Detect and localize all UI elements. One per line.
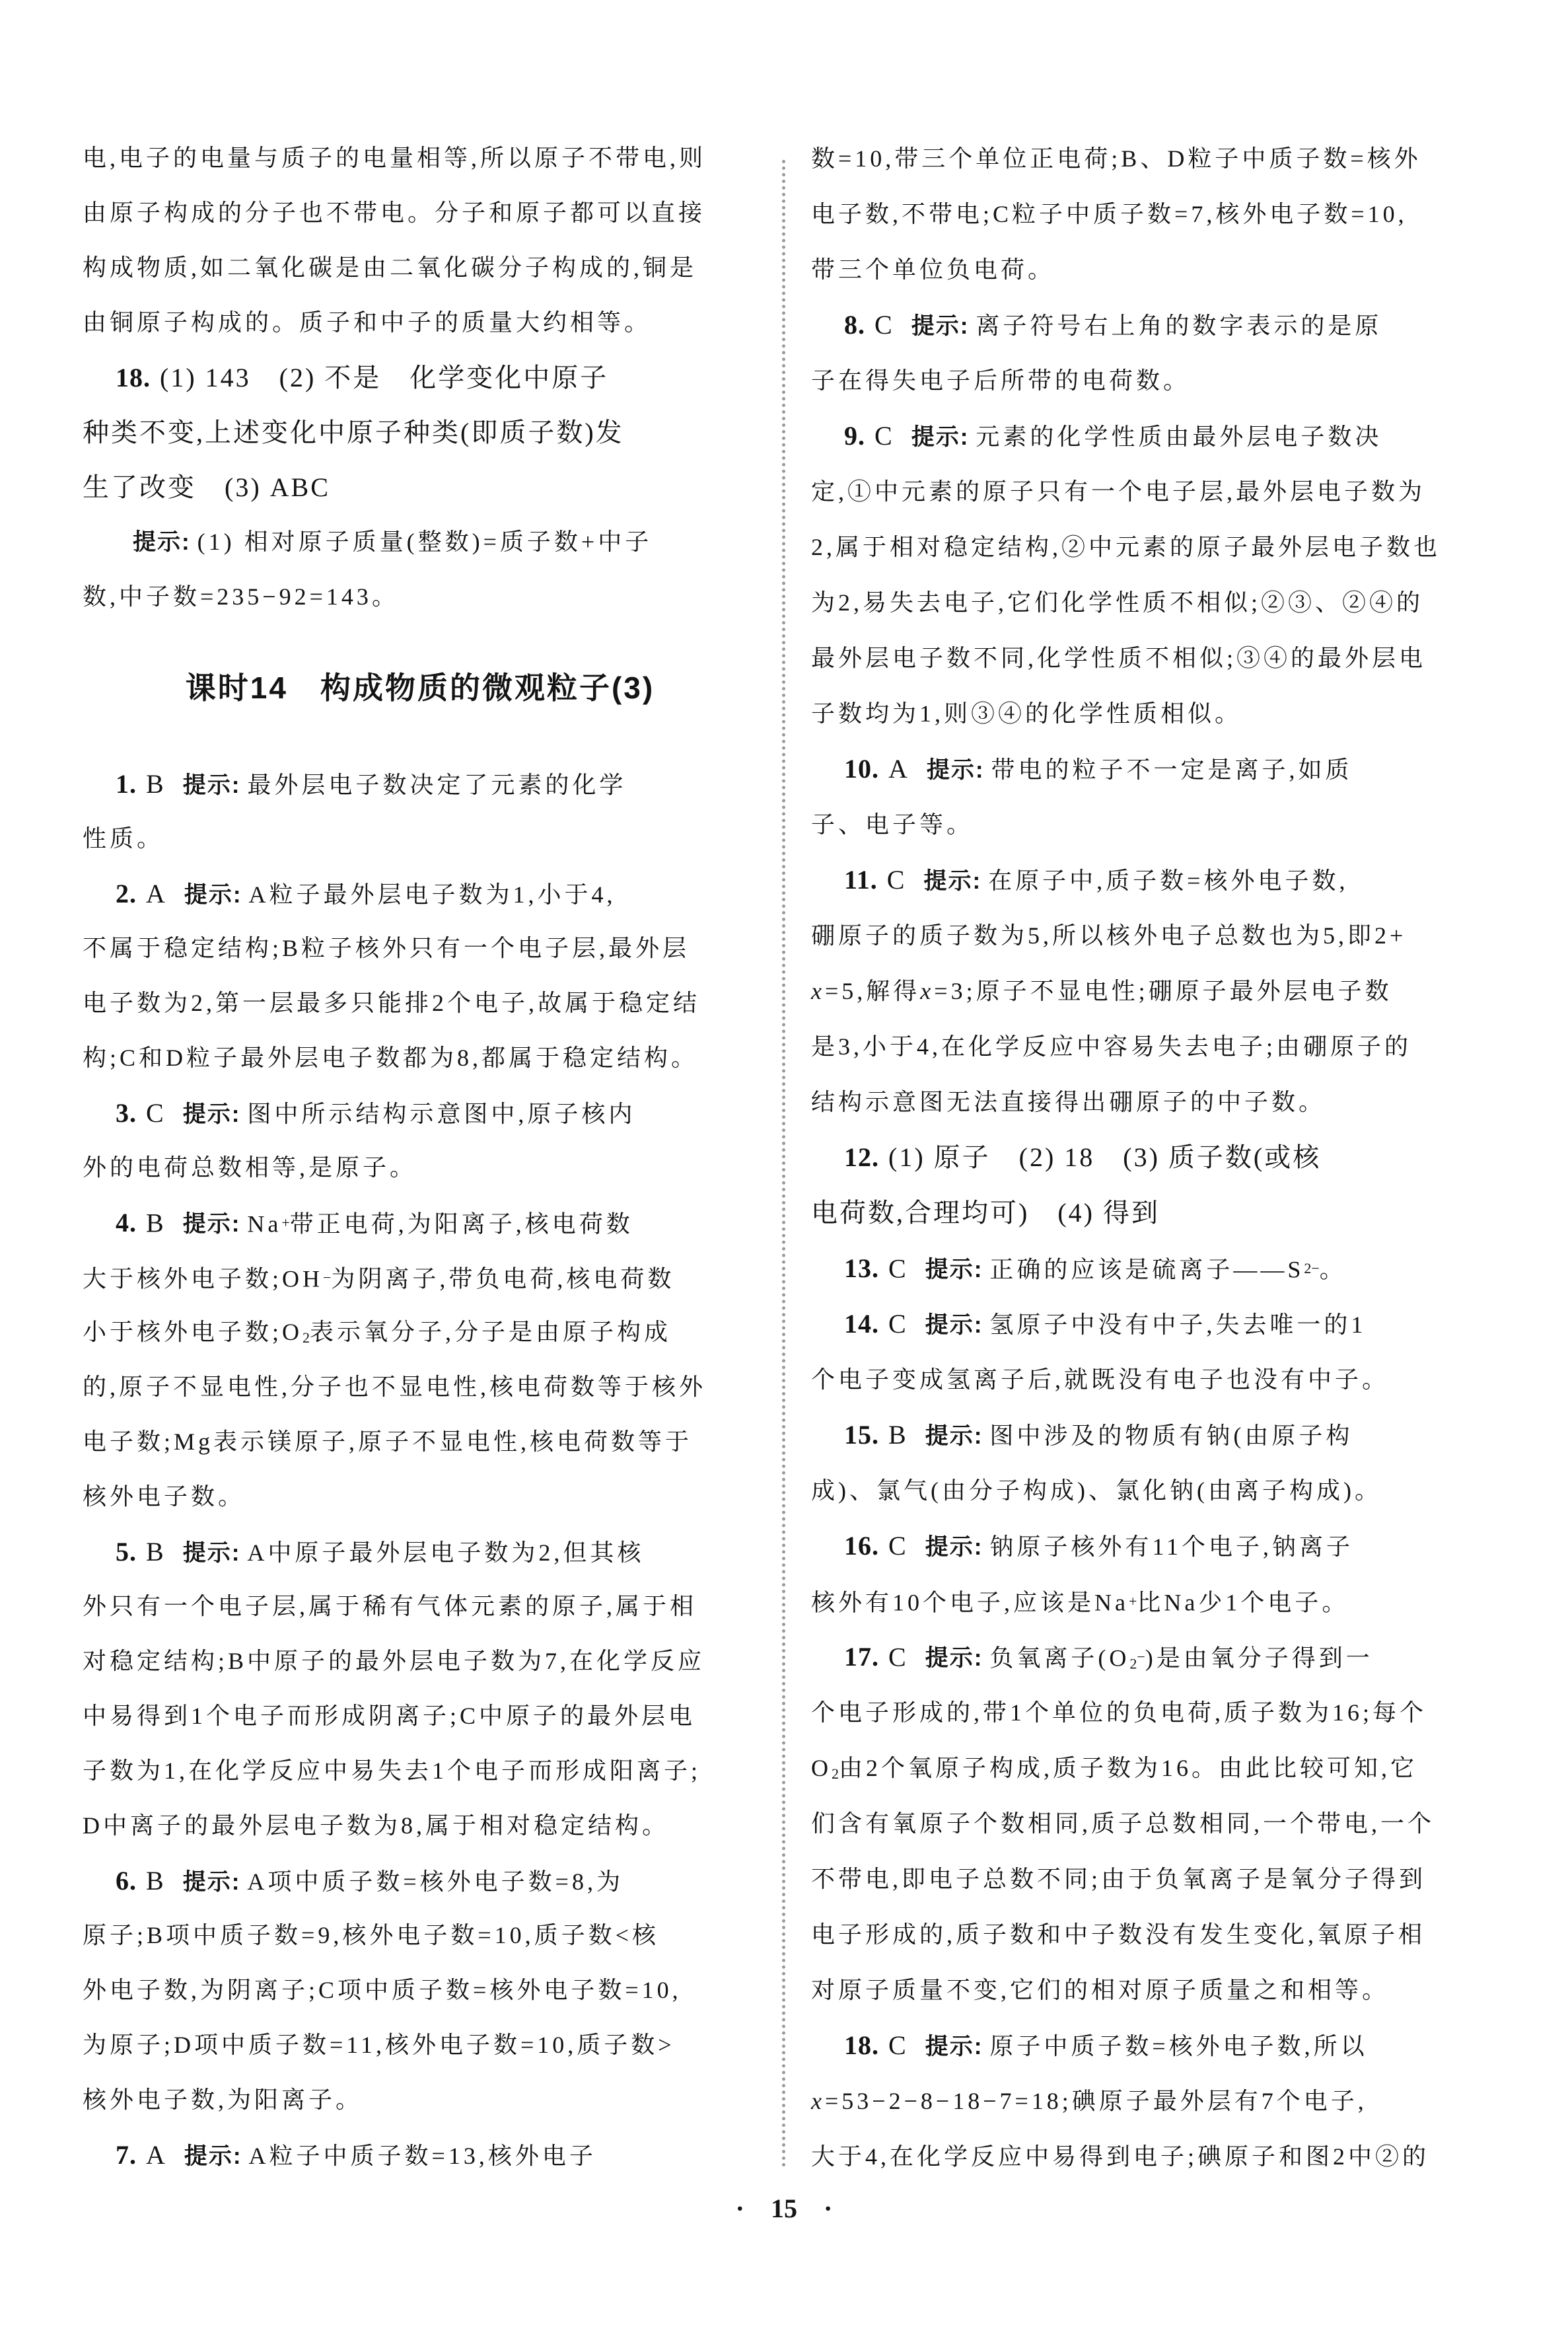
text-line: 定,①中元素的原子只有一个电子层,最外层电子数为	[811, 464, 1491, 519]
hint-text: 不带电,即电子总数不同;由于负氧离子是氧分子得到	[811, 1866, 1426, 1892]
hint-text: 构;C和D粒子最外层电子数都为8,都属于稳定结构。	[83, 1045, 698, 1071]
text-line: 电荷数,合理均可) (4) 得到	[811, 1185, 1491, 1241]
text-line: 6.B提示:A项中质子数=核外电子数=8,为	[83, 1853, 758, 1908]
text-line: 对稳定结构;B中原子的最外层电子数为7,在化学反应	[83, 1634, 758, 1689]
hint-text: 电子数为2,第一层最多只能排2个电子,故属于稳定结	[83, 990, 700, 1016]
answer-text: C	[146, 1098, 166, 1128]
text-line: 数=10,带三个单位正电荷;B、D粒子中质子数=核外	[811, 131, 1491, 186]
answer-number: 16.	[844, 1531, 879, 1561]
text-line: 不带电,即电子总数不同;由于负氧离子是氧分子得到	[811, 1851, 1491, 1907]
text-line: 大于核外电子数;OH−为阴离子,带负电荷,核电荷数	[83, 1250, 758, 1305]
hint-text: 外的电荷总数相等,是原子。	[83, 1154, 417, 1181]
answer-text: B	[146, 1208, 166, 1237]
text-line: 是3,小于4,在化学反应中容易失去电子;由硼原子的	[811, 1019, 1491, 1074]
answer-text: B	[888, 1420, 908, 1450]
text-line: 最外层电子数不同,化学性质不相似;③④的最外层电	[811, 630, 1491, 686]
answer-number: 18.	[844, 2030, 879, 2060]
text-line: 性质。	[83, 811, 758, 866]
hint-label: 提示:	[925, 1423, 983, 1449]
text-line: D中离子的最外层电子数为8,属于相对稳定结构。	[83, 1798, 758, 1853]
hint-text: 原子中质子数=核外电子数,所以	[989, 2033, 1367, 2059]
hint-text: 图中所示结构示意图中,原子核内	[247, 1101, 635, 1127]
heading-text: 课时14 构成物质的微观粒子(3)	[186, 671, 655, 705]
hint-label: 提示:	[925, 1312, 983, 1338]
hint-label: 提示:	[183, 772, 241, 798]
text-line: O2由2个氧原子构成,质子数为16。由此比较可知,它	[811, 1740, 1491, 1796]
hint-text-italic: x	[811, 2088, 825, 2114]
hint-text: 大于核外电子数;OH	[83, 1265, 323, 1292]
hint-text: A粒子中质子数=13,核外电子	[249, 2143, 596, 2169]
answer-text: C	[874, 421, 894, 451]
footer-dot-left: ·	[736, 2194, 744, 2223]
answer-text: B	[146, 1537, 166, 1567]
text-line: 12.(1) 原子 (2) 18 (3) 质子数(或核	[811, 1130, 1491, 1185]
answer-text: C	[888, 1309, 908, 1339]
answer-number: 8.	[844, 310, 865, 340]
hint-text: 图中涉及的物质有钠(由原子构	[989, 1422, 1353, 1449]
hint-text: A项中质子数=核外电子数=8,为	[247, 1868, 624, 1895]
text-line: 核外电子数。	[83, 1469, 758, 1524]
hint-text: 离子符号右上角的数字表示的是原	[976, 313, 1382, 339]
text-line: 小于核外电子数;O2表示氧分子,分子是由原子构成	[83, 1305, 758, 1360]
text-line: 10.A提示:带电的粒子不一定是离子,如质	[811, 741, 1491, 797]
text-line: 为原子;D项中质子数=11,核外电子数=10,质子数>	[83, 2018, 758, 2073]
text-line: 为2,易失去电子,它们化学性质不相似;②③、②④的	[811, 575, 1491, 630]
hint-text: 子数均为1,则③④的化学性质相似。	[811, 700, 1242, 727]
answer-text: B	[146, 769, 166, 799]
hint-text: 构成物质,如二氧化碳是由二氧化碳分子构成的,铜是	[83, 254, 697, 281]
text-line: 原子;B项中质子数=9,核外电子数=10,质子数<核	[83, 1908, 758, 1963]
text-line: 2.A提示:A粒子最外层电子数为1,小于4,	[83, 866, 758, 921]
text-line: 子数均为1,则③④的化学性质相似。	[811, 686, 1491, 741]
text-line: 构成物质,如二氧化碳是由二氧化碳分子构成的,铜是	[83, 240, 758, 295]
hint-text: 是3,小于4,在化学反应中容易失去电子;由硼原子的	[811, 1033, 1411, 1060]
text-line: 由原子构成的分子也不带电。分子和原子都可以直接	[83, 186, 758, 240]
hint-text: 带电的粒子不一定是离子,如质	[991, 757, 1353, 783]
answer-text: A	[146, 2140, 167, 2170]
hint-text: 原子;B项中质子数=9,核外电子数=10,质子数<核	[83, 1922, 659, 1948]
text-line: 4.B提示:Na+带正电荷,为阳离子,核电荷数	[83, 1195, 758, 1250]
hint-text: A中原子最外层电子数为2,但其核	[247, 1539, 644, 1566]
footer-dot-right: ·	[824, 2194, 832, 2223]
hint-text: 个电子变成氢离子后,就既没有电子也没有中子。	[811, 1366, 1389, 1393]
hint-text: 核外电子数。	[83, 1483, 245, 1510]
hint-text: 不属于稳定结构;B粒子核外只有一个电子层,最外层	[83, 935, 690, 961]
text-line: x=53−2−8−18−7=18;碘原子最外层有7个电子,	[811, 2073, 1491, 2129]
text-line: 子、电子等。	[811, 797, 1491, 852]
text-line: 数,中子数=235−92=143。	[83, 570, 758, 624]
text-line: 子在得失电子后所带的电荷数。	[811, 353, 1491, 408]
text-line: 成)、氯气(由分子构成)、氯化钠(由离子构成)。	[811, 1463, 1491, 1518]
text-line: 子数为1,在化学反应中易失去1个电子而形成阳离子;	[83, 1744, 758, 1798]
hint-label: 提示:	[183, 1101, 241, 1127]
text-line: 提示:(1) 相对原子质量(整数)=质子数+中子	[83, 515, 758, 570]
hint-text: 为原子;D项中质子数=11,核外电子数=10,质子数>	[83, 2032, 675, 2058]
text-line: 18.(1) 143 (2) 不是 化学变化中原子	[83, 350, 758, 405]
hint-text: 带正电荷,为阳离子,核电荷数	[290, 1210, 633, 1237]
text-line: 18.C提示:原子中质子数=核外电子数,所以	[811, 2018, 1491, 2073]
answer-number: 5.	[116, 1537, 137, 1567]
answer-text: A	[888, 754, 909, 784]
hint-label: 提示:	[911, 313, 970, 339]
hint-label: 提示:	[183, 1540, 241, 1566]
hint-label: 提示:	[184, 2143, 242, 2169]
hint-text: 子、电子等。	[811, 811, 974, 838]
answer-book-page: 电,电子的电量与质子的电量相等,所以原子不带电,则由原子构成的分子也不带电。分子…	[0, 0, 1568, 2325]
hint-text: =3;原子不显电性;硼原子最外层电子数	[934, 978, 1392, 1004]
text-line: 核外电子数,为阳离子。	[83, 2073, 758, 2127]
text-line: 电子形成的,质子数和中子数没有发生变化,氧原子相	[811, 1907, 1491, 1962]
answer-text: C	[888, 1642, 908, 1672]
answer-number: 14.	[844, 1309, 879, 1339]
hint-text: 结构示意图无法直接得出硼原子的中子数。	[811, 1089, 1326, 1115]
text-line: 2,属于相对稳定结构,②中元素的原子最外层电子数也	[811, 519, 1491, 575]
hint-text: 最外层电子数不同,化学性质不相似;③④的最外层电	[811, 645, 1426, 671]
answer-number: 13.	[844, 1253, 879, 1283]
text-line: 不属于稳定结构;B粒子核外只有一个电子层,最外层	[83, 921, 758, 976]
hint-text: =53−2−8−18−7=18;碘原子最外层有7个电子,	[825, 2088, 1367, 2114]
answer-number: 18.	[116, 363, 151, 392]
hint-label: 提示:	[927, 757, 985, 783]
hint-text-italic: x	[920, 978, 934, 1004]
hint-text: D中离子的最外层电子数为8,属于相对稳定结构。	[83, 1812, 669, 1839]
superscript: −	[323, 1269, 331, 1286]
superscript: +	[281, 1214, 289, 1231]
text-line: 电子数;Mg表示镁原子,原子不显电性,核电荷数等于	[83, 1415, 758, 1469]
text-line: 8.C提示:离子符号右上角的数字表示的是原	[811, 297, 1491, 353]
text-line: 对原子质量不变,它们的相对原子质量之和相等。	[811, 1962, 1491, 2018]
hint-text: 们含有氧原子个数相同,质子总数相同,一个带电,一个	[811, 1810, 1435, 1837]
hint-text: 在原子中,质子数=核外电子数,	[988, 867, 1348, 894]
answer-number: 7.	[116, 2140, 137, 2170]
subscript: 2	[303, 1329, 310, 1346]
hint-text: 对稳定结构;B中原子的最外层电子数为7,在化学反应	[83, 1648, 705, 1674]
hint-text: 的,原子不显电性,分子也不显电性,核电荷数等于核外	[83, 1374, 706, 1400]
answer-number: 12.	[844, 1142, 879, 1172]
hint-text: =5,解得	[825, 978, 920, 1004]
text-line: 14.C提示:氢原子中没有中子,失去唯一的1	[811, 1296, 1491, 1352]
text-line: 电子数为2,第一层最多只能排2个电子,故属于稳定结	[83, 976, 758, 1031]
text-line: 电,电子的电量与质子的电量相等,所以原子不带电,则	[83, 131, 758, 186]
superscript: −	[1137, 1648, 1145, 1665]
text-line: 7.A提示:A粒子中质子数=13,核外电子	[83, 2127, 758, 2182]
answer-text: 种类不变,上述变化中原子种类(即质子数)发	[83, 418, 624, 447]
answer-number: 1.	[116, 769, 137, 799]
text-line: x=5,解得x=3;原子不显电性;硼原子最外层电子数	[811, 963, 1491, 1019]
answer-number: 11.	[844, 865, 878, 895]
hint-text: 正确的应该是硫离子——S	[989, 1256, 1304, 1282]
hint-text: 外电子数,为阴离子;C项中质子数=核外电子数=10,	[83, 1977, 682, 2003]
hint-text: 定,①中元素的原子只有一个电子层,最外层电子数为	[811, 478, 1425, 505]
text-line: 生了改变 (3) ABC	[83, 460, 758, 515]
answer-number: 10.	[844, 754, 879, 784]
hint-text-italic: x	[811, 978, 825, 1004]
text-line: 们含有氧原子个数相同,质子总数相同,一个带电,一个	[811, 1796, 1491, 1851]
text-line: 11.C提示:在原子中,质子数=核外电子数,	[811, 852, 1491, 908]
hint-text: 电,电子的电量与质子的电量相等,所以原子不带电,则	[83, 145, 706, 171]
text-line: 3.C提示:图中所示结构示意图中,原子核内	[83, 1086, 758, 1140]
hint-text: O	[811, 1755, 832, 1781]
hint-text: 为2,易失去电子,它们化学性质不相似;②③、②④的	[811, 589, 1423, 616]
hint-text: 性质。	[83, 825, 164, 852]
hint-text: 个电子形成的,带1个单位的负电荷,质子数为16;每个	[811, 1699, 1427, 1726]
hint-text: 钠原子核外有11个电子,钠离子	[989, 1533, 1353, 1560]
subscript: 2	[1129, 1656, 1137, 1672]
answer-text: C	[888, 1531, 908, 1561]
left-column: 电,电子的电量与质子的电量相等,所以原子不带电,则由原子构成的分子也不带电。分子…	[83, 131, 758, 2182]
answer-text: C	[888, 2030, 908, 2060]
hint-text: 氢原子中没有中子,失去唯一的1	[989, 1311, 1366, 1338]
text-line: 大于4,在化学反应中易得到电子;碘原子和图2中②的	[811, 2129, 1491, 2184]
text-line: 16.C提示:钠原子核外有11个电子,钠离子	[811, 1518, 1491, 1574]
hint-text: 电子形成的,质子数和中子数没有发生变化,氧原子相	[811, 1921, 1425, 1948]
text-line: 外的电荷总数相等,是原子。	[83, 1140, 758, 1195]
hint-text: A粒子最外层电子数为1,小于4,	[249, 881, 616, 908]
hint-text: 负氧离子(O	[989, 1644, 1129, 1671]
text-line: 外只有一个电子层,属于稀有气体元素的原子,属于相	[83, 1579, 758, 1634]
page-footer: ·15·	[0, 2186, 1568, 2232]
text-line: 个电子变成氢离子后,就既没有电子也没有中子。	[811, 1352, 1491, 1407]
hint-label: 提示:	[183, 1211, 241, 1237]
hint-label: 提示:	[183, 1869, 241, 1895]
hint-text: 数=10,带三个单位正电荷;B、D粒子中质子数=核外	[811, 145, 1421, 172]
hint-label: 提示:	[925, 2034, 983, 2059]
text-line: 外电子数,为阴离子;C项中质子数=核外电子数=10,	[83, 1963, 758, 2018]
answer-text: C	[888, 1253, 908, 1283]
text-line: 由铜原子构成的。质子和中子的质量大约相等。	[83, 295, 758, 350]
hint-label: 提示:	[911, 424, 970, 450]
right-column: 数=10,带三个单位正电荷;B、D粒子中质子数=核外电子数,不带电;C粒子中质子…	[811, 131, 1491, 2184]
hint-text: 电子数,不带电;C粒子中质子数=7,核外电子数=10,	[811, 201, 1408, 227]
answer-number: 9.	[844, 421, 865, 451]
answer-number: 6.	[116, 1866, 137, 1896]
hint-text: 2,属于相对稳定结构,②中元素的原子最外层电子数也	[811, 534, 1441, 560]
hint-text: Na	[247, 1210, 281, 1237]
text-line: 1.B提示:最外层电子数决定了元素的化学	[83, 757, 758, 811]
hint-text: 表示氧分子,分子是由原子构成	[310, 1319, 671, 1345]
answer-text: C	[887, 865, 907, 895]
answer-text: (1) 原子 (2) 18 (3) 质子数(或核	[888, 1142, 1321, 1172]
hint-label: 提示:	[133, 529, 191, 555]
hint-text: 成)、氯气(由分子构成)、氯化钠(由离子构成)。	[811, 1477, 1382, 1504]
hint-text: 大于4,在化学反应中易得到电子;碘原子和图2中②的	[811, 2143, 1429, 2170]
text-line: 带三个单位负电荷。	[811, 242, 1491, 297]
hint-text: 为阴离子,带负电荷,核电荷数	[331, 1265, 674, 1292]
subscript: 2	[832, 1765, 839, 1782]
hint-text: 核外电子数,为阳离子。	[83, 2086, 363, 2113]
text-line: 9.C提示:元素的化学性质由最外层电子数决	[811, 408, 1491, 464]
answer-text: 电荷数,合理均可) (4) 得到	[811, 1198, 1160, 1228]
hint-label: 提示:	[184, 882, 242, 908]
hint-label: 提示:	[923, 868, 981, 894]
answer-text: (1) 143 (2) 不是 化学变化中原子	[160, 363, 608, 392]
superscript: 2−	[1304, 1260, 1319, 1276]
hint-text: )是由氧分子得到一	[1145, 1644, 1373, 1671]
hint-text: 硼原子的质子数为5,所以核外电子总数也为5,即2+	[811, 922, 1406, 949]
answer-text: A	[146, 879, 167, 908]
hint-label: 提示:	[925, 1534, 983, 1560]
hint-text: 电子数;Mg表示镁原子,原子不显电性,核电荷数等于	[83, 1428, 692, 1455]
hint-text: 对原子质量不变,它们的相对原子质量之和相等。	[811, 1977, 1389, 2003]
text-line: 硼原子的质子数为5,所以核外电子总数也为5,即2+	[811, 908, 1491, 963]
text-line: 17.C提示:负氧离子(O2−)是由氧分子得到一	[811, 1629, 1491, 1685]
text-line: 电子数,不带电;C粒子中质子数=7,核外电子数=10,	[811, 186, 1491, 242]
text-line: 种类不变,上述变化中原子种类(即质子数)发	[83, 405, 758, 460]
text-line: 5.B提示:A中原子最外层电子数为2,但其核	[83, 1524, 758, 1579]
text-line: 13.C提示:正确的应该是硫离子——S2−。	[811, 1241, 1491, 1296]
superscript: +	[1129, 1593, 1137, 1609]
hint-text: 比Na少1个电子。	[1137, 1589, 1349, 1615]
hint-label: 提示:	[925, 1257, 983, 1282]
text-line: 结构示意图无法直接得出硼原子的中子数。	[811, 1074, 1491, 1130]
hint-text: 由2个氧原子构成,质子数为16。由此比较可知,它	[839, 1755, 1417, 1781]
hint-text: 。	[1320, 1256, 1347, 1282]
column-divider	[782, 160, 785, 2168]
hint-text: 中易得到1个电子而形成阴离子;C中原子的最外层电	[83, 1703, 695, 1729]
hint-text: 带三个单位负电荷。	[811, 256, 1055, 283]
answer-number: 3.	[116, 1098, 137, 1128]
answer-text: B	[146, 1866, 166, 1896]
text-line: 构;C和D粒子最外层电子数都为8,都属于稳定结构。	[83, 1031, 758, 1086]
section-heading: 课时14 构成物质的微观粒子(3)	[83, 624, 758, 757]
hint-label: 提示:	[925, 1645, 983, 1671]
hint-text: 由铜原子构成的。质子和中子的质量大约相等。	[83, 309, 651, 336]
hint-text: 最外层电子数决定了元素的化学	[247, 772, 626, 798]
hint-text: 子数为1,在化学反应中易失去1个电子而形成阳离子;	[83, 1757, 701, 1784]
text-line: 15.B提示:图中涉及的物质有钠(由原子构	[811, 1407, 1491, 1463]
hint-text: (1) 相对原子质量(整数)=质子数+中子	[197, 529, 653, 555]
text-line: 的,原子不显电性,分子也不显电性,核电荷数等于核外	[83, 1360, 758, 1415]
answer-text: C	[874, 310, 894, 340]
text-line: 个电子形成的,带1个单位的负电荷,质子数为16;每个	[811, 1685, 1491, 1740]
answer-number: 17.	[844, 1642, 879, 1672]
answer-number: 2.	[116, 879, 137, 908]
hint-text: 数,中子数=235−92=143。	[83, 583, 399, 610]
text-line: 中易得到1个电子而形成阴离子;C中原子的最外层电	[83, 1689, 758, 1744]
answer-number: 15.	[844, 1420, 879, 1450]
hint-text: 小于核外电子数;O	[83, 1319, 303, 1345]
answer-number: 4.	[116, 1208, 137, 1237]
page-number: 15	[771, 2194, 797, 2223]
hint-text: 外只有一个电子层,属于稀有气体元素的原子,属于相	[83, 1593, 697, 1619]
text-line: 核外有10个电子,应该是Na+比Na少1个电子。	[811, 1574, 1491, 1629]
hint-text: 子在得失电子后所带的电荷数。	[811, 367, 1190, 394]
hint-text: 核外有10个电子,应该是Na	[811, 1589, 1129, 1615]
hint-text: 元素的化学性质由最外层电子数决	[976, 424, 1382, 450]
answer-text: 生了改变 (3) ABC	[83, 472, 330, 502]
hint-text: 由原子构成的分子也不带电。分子和原子都可以直接	[83, 200, 705, 226]
